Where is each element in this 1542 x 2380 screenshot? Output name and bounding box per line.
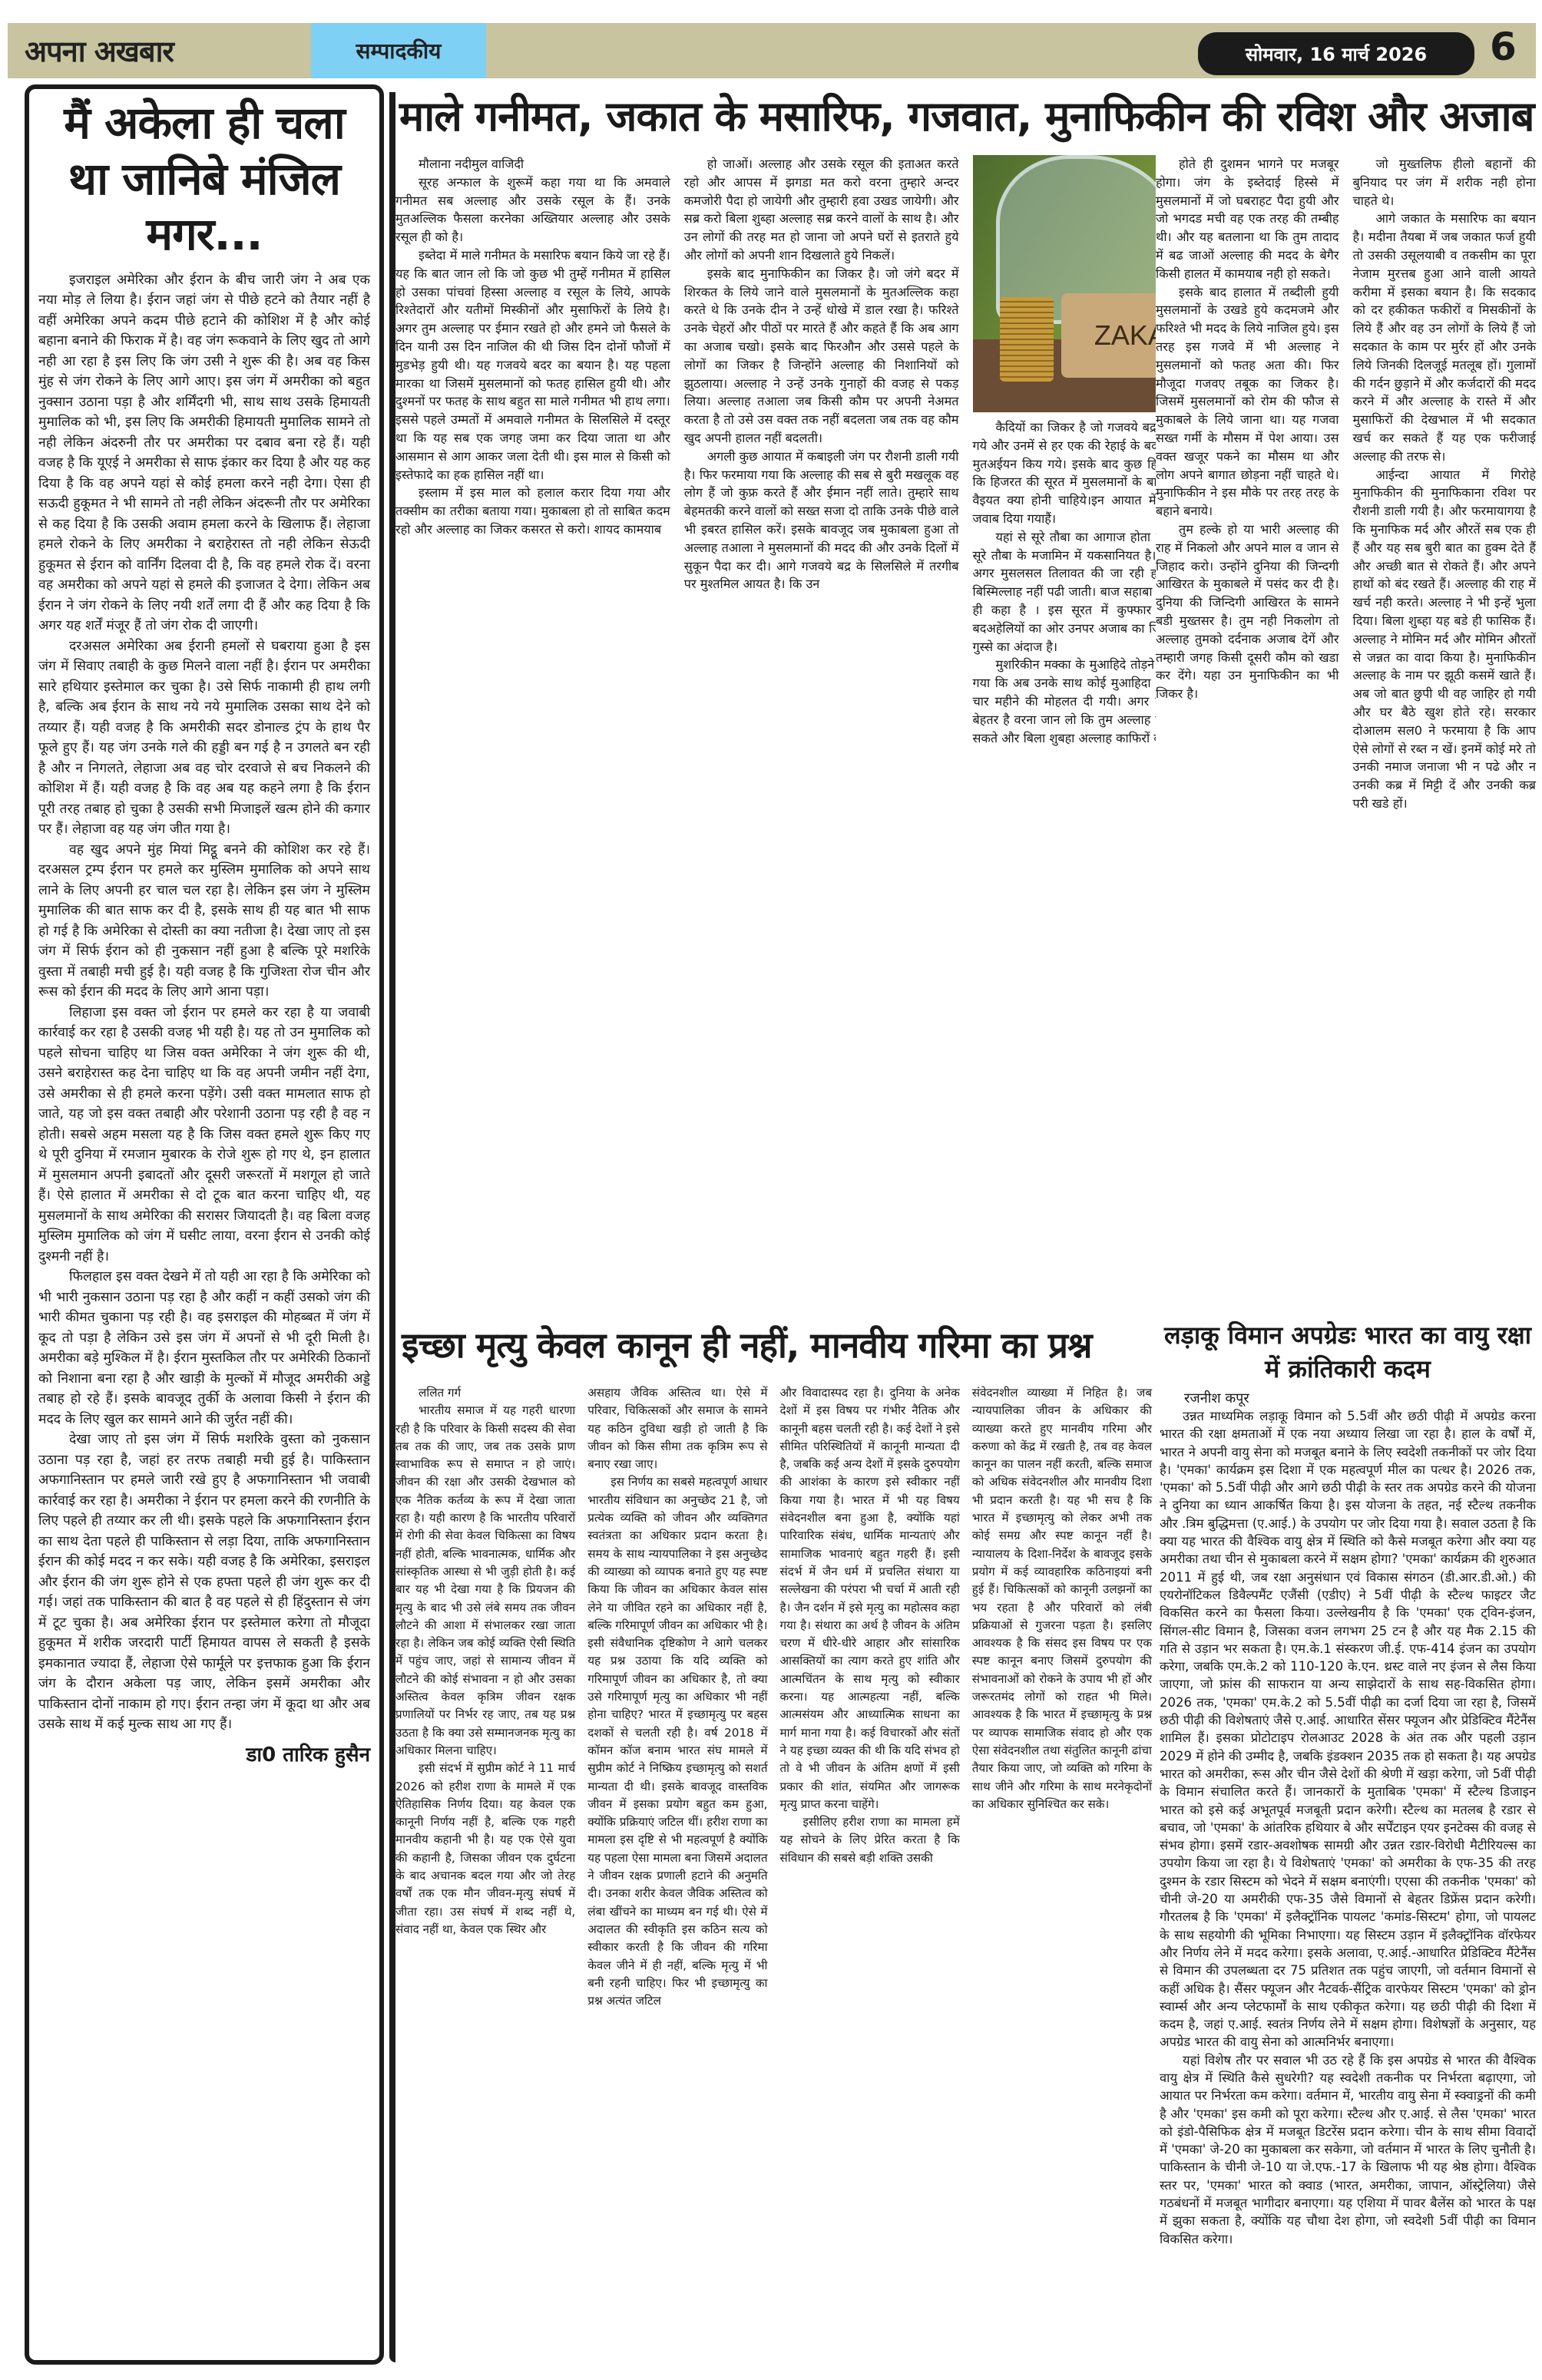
paragraph: फिलहाल इस वक्त देखने में तो यही आ रहा है… <box>38 1267 370 1430</box>
bottom-article-columns: ललित गर्ग भारतीय समाज में यह गहरी धारणा … <box>395 1384 1152 2010</box>
column: ललित गर्ग भारतीय समाज में यह गहरी धारणा … <box>395 1384 575 2010</box>
paragraph: इसके बाद मुनाफिकीन का जिकर है। जो जंगे ब… <box>684 265 959 448</box>
paragraph: जो मुख्तलिफ हीलो बहानों की बुनियाद पर जं… <box>1353 155 1537 210</box>
paragraph: होते ही दुशमन भागने पर मजबूर होगा। जंग क… <box>1156 155 1339 283</box>
bottom-article-headline: इच्छा मृत्यु केवल कानून ही नहीं, मानवीय … <box>395 1318 1152 1372</box>
paragraph: असहाय जैविक अस्तित्व था। ऐसे में परिवार,… <box>587 1384 767 1473</box>
column: होते ही दुशमन भागने पर मजबूर होगा। जंग क… <box>1156 155 1339 813</box>
left-article: मैं अकेला ही चला था जानिबे मंजिल मगर... … <box>25 84 384 2365</box>
paragraph: देखा जाए तो इस जंग में सिर्फ मशरिके वुस्… <box>38 1430 370 1735</box>
paragraph: आगे जकात के मसारिफ का बयान है। मदीना तैय… <box>1353 210 1537 465</box>
newspaper-name: अपना अखबार <box>25 31 301 71</box>
left-article-body: इजराइल अमेरिका और ईरान के बीच जारी जंग न… <box>38 270 370 1735</box>
right-article-body: उन्नत माध्यमिक लड़ाकू विमान को 5.5वीं और… <box>1160 1407 1536 2248</box>
bottom-article: इच्छा मृत्यु केवल कानून ही नहीं, मानवीय … <box>395 1318 1152 2370</box>
right-article: लड़ाकू विमान अपग्रेडः भारत का वायु रक्षा… <box>1160 1318 1536 2370</box>
paragraph: इस निर्णय का सबसे महत्वपूर्ण आधार भारतीय… <box>587 1473 767 2010</box>
date-badge: सोमवार, 16 मार्च 2026 <box>1198 32 1474 75</box>
author: ललित गर्ग <box>395 1384 575 1402</box>
column: असहाय जैविक अस्तित्व था। ऐसे में परिवार,… <box>587 1384 767 2010</box>
column: संवेदनशील व्याख्या में निहित है। जब न्या… <box>972 1384 1152 2010</box>
paragraph: हो जाओं। अल्लाह और उसके रसूल की इताअत कर… <box>684 155 959 265</box>
paragraph: अगली कुछ आयात में कबाइली जंग पर रौशनी डा… <box>684 448 959 593</box>
author: मौलाना नदीमुल वाजिदी <box>395 155 670 174</box>
right-article-headline: लड़ाकू विमान अपग्रेडः भारत का वायु रक्षा… <box>1160 1318 1536 1386</box>
column: मौलाना नदीमुल वाजिदी सूरह अन्फाल के शुरू… <box>395 155 670 747</box>
coin-stack-icon <box>1000 297 1054 382</box>
paragraph: लिहाजा इस वक्त जो ईरान पर हमले कर रहा है… <box>38 1003 370 1268</box>
paragraph: इस्लाम में इस माल को हलाल करार दिया गया … <box>395 484 670 538</box>
top-article-headline: माले गनीमत, जकात के मसारिफ, गजवात, मुनाफ… <box>395 86 1536 147</box>
paragraph: इजराइल अमेरिका और ईरान के बीच जारी जंग न… <box>38 270 370 636</box>
paragraph: आईन्दा आयात में गिरोहे मुनाफिकीन की मुना… <box>1353 466 1537 813</box>
paragraph: सूरह अन्फाल के शुरूमें कहा गया था कि अमव… <box>395 174 670 246</box>
section-tag: सम्पादकीय <box>311 23 486 78</box>
top-article: माले गनीमत, जकात के मसारिफ, गजवात, मुनाफ… <box>395 86 1536 1318</box>
paragraph: दरअसल अमेरिका अब ईरानी हमलों से घबराया ह… <box>38 636 370 840</box>
paragraph: भारतीय समाज में यह गहरी धारणा रही है कि … <box>395 1402 575 1760</box>
paragraph: और विवादास्पद रहा है। दुनिया के अनेक देश… <box>780 1384 960 1813</box>
masthead: अपना अखबार सम्पादकीय सोमवार, 16 मार्च 20… <box>8 23 1536 78</box>
paragraph: यहां विशेष तौर पर सवाल भी उठ रहे हैं कि … <box>1160 2051 1536 2248</box>
column-rule <box>389 1318 395 2362</box>
column-rule <box>389 92 395 1321</box>
left-article-byline: डा0 तारिक हुसैन <box>38 1740 370 1767</box>
paragraph: इसीलिए हरीश राणा का मामला हमें यह सोचने … <box>780 1813 960 1867</box>
left-article-headline: मैं अकेला ही चला था जानिबे मंजिल मगर... <box>38 95 370 263</box>
column: हो जाओं। अल्लाह और उसके रसूल की इताअत कर… <box>684 155 959 747</box>
paragraph: वह खुद अपने मुंह मियां मिट्ठू बनने की को… <box>38 840 370 1003</box>
right-article-byline: रजनीश कपूर <box>1184 1389 1536 1407</box>
paragraph: तुम हल्के हो या भारी अल्लाह की राह में न… <box>1156 521 1339 703</box>
page-number: 6 <box>1490 25 1517 69</box>
paragraph: इब्तेदा में माले गनीमत के मसारिफ बयान कि… <box>395 246 670 484</box>
paragraph: इसी संदर्भ में सुप्रीम कोर्ट ने 11 मार्च… <box>395 1760 575 1939</box>
column: जो मुख्तलिफ हीलो बहानों की बुनियाद पर जं… <box>1353 155 1537 813</box>
paragraph: उन्नत माध्यमिक लड़ाकू विमान को 5.5वीं और… <box>1160 1407 1536 2051</box>
column: और विवादास्पद रहा है। दुनिया के अनेक देश… <box>780 1384 960 2010</box>
paragraph: संवेदनशील व्याख्या में निहित है। जब न्या… <box>972 1384 1152 1813</box>
right-columns: होते ही दुशमन भागने पर मजबूर होगा। जंग क… <box>1156 155 1536 813</box>
paragraph: इसके बाद हालात में तब्दीली हुयी मुसलमानो… <box>1156 283 1339 521</box>
